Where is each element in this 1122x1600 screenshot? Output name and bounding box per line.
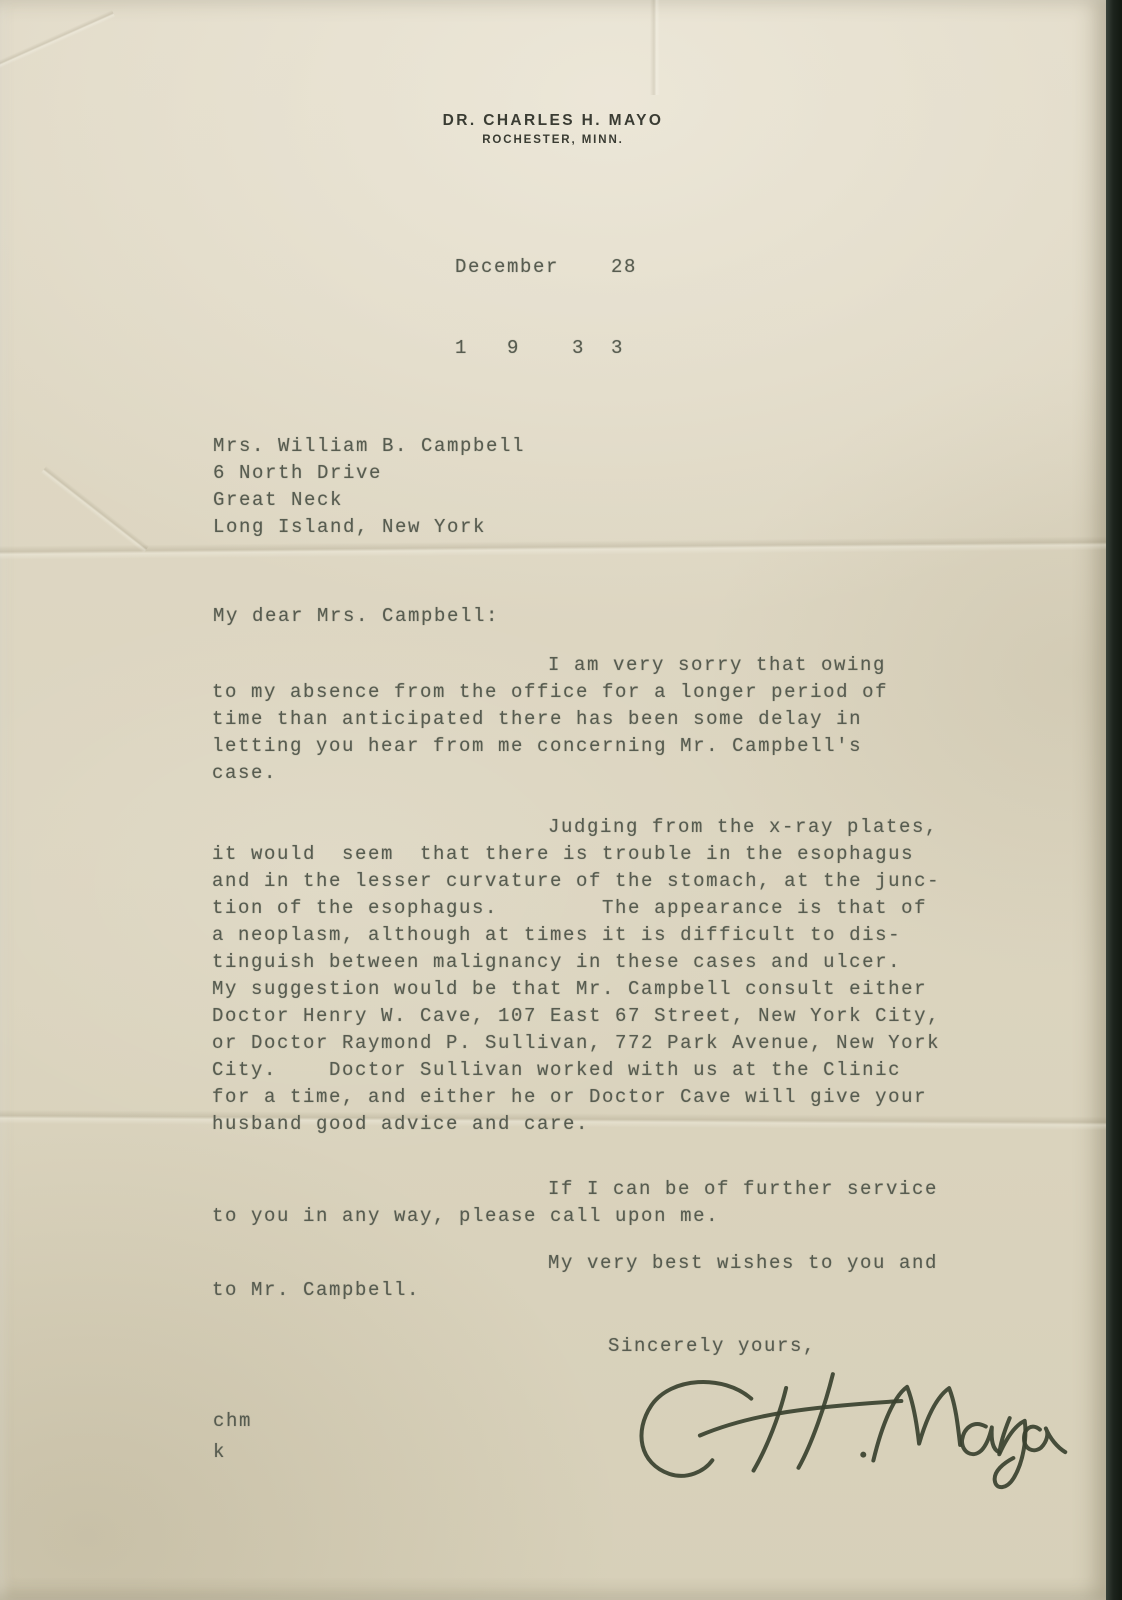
crease-left-diagonal: [41, 466, 149, 553]
scanner-background-edge: [1106, 0, 1122, 1600]
fold-crease-top-vertical: [650, 0, 660, 95]
body-paragraph-2: Judging from the x-ray plates, it would …: [212, 814, 940, 1138]
letterhead-name: DR. CHARLES H. MAYO: [0, 112, 1106, 130]
salutation: My dear Mrs. Campbell:: [213, 603, 499, 630]
recipient-address: Mrs. William B. Campbell 6 North Drive G…: [213, 433, 525, 541]
body-paragraph-4: My very best wishes to you and to Mr. Ca…: [212, 1250, 938, 1304]
body-paragraph-3: If I can be of further service to you in…: [212, 1176, 938, 1230]
fold-crease-upper: [0, 536, 1106, 560]
date-line: December 28 1 9 3 3: [455, 200, 637, 416]
signature-script: [611, 1356, 1076, 1522]
date-month-day: December 28: [455, 254, 637, 281]
body-paragraph-1: I am very sorry that owing to my absence…: [212, 652, 888, 787]
letterhead-location: ROCHESTER, MINN.: [0, 134, 1106, 146]
letter-paper: DR. CHARLES H. MAYO ROCHESTER, MINN. Dec…: [0, 0, 1106, 1600]
date-year: 1 9 3 3: [455, 335, 637, 362]
typist-initials: chm k: [213, 1406, 252, 1468]
crease-topleft-diagonal: [0, 10, 115, 78]
letterhead: DR. CHARLES H. MAYO ROCHESTER, MINN.: [0, 112, 1106, 146]
closing-valediction: Sincerely yours,: [608, 1333, 816, 1360]
